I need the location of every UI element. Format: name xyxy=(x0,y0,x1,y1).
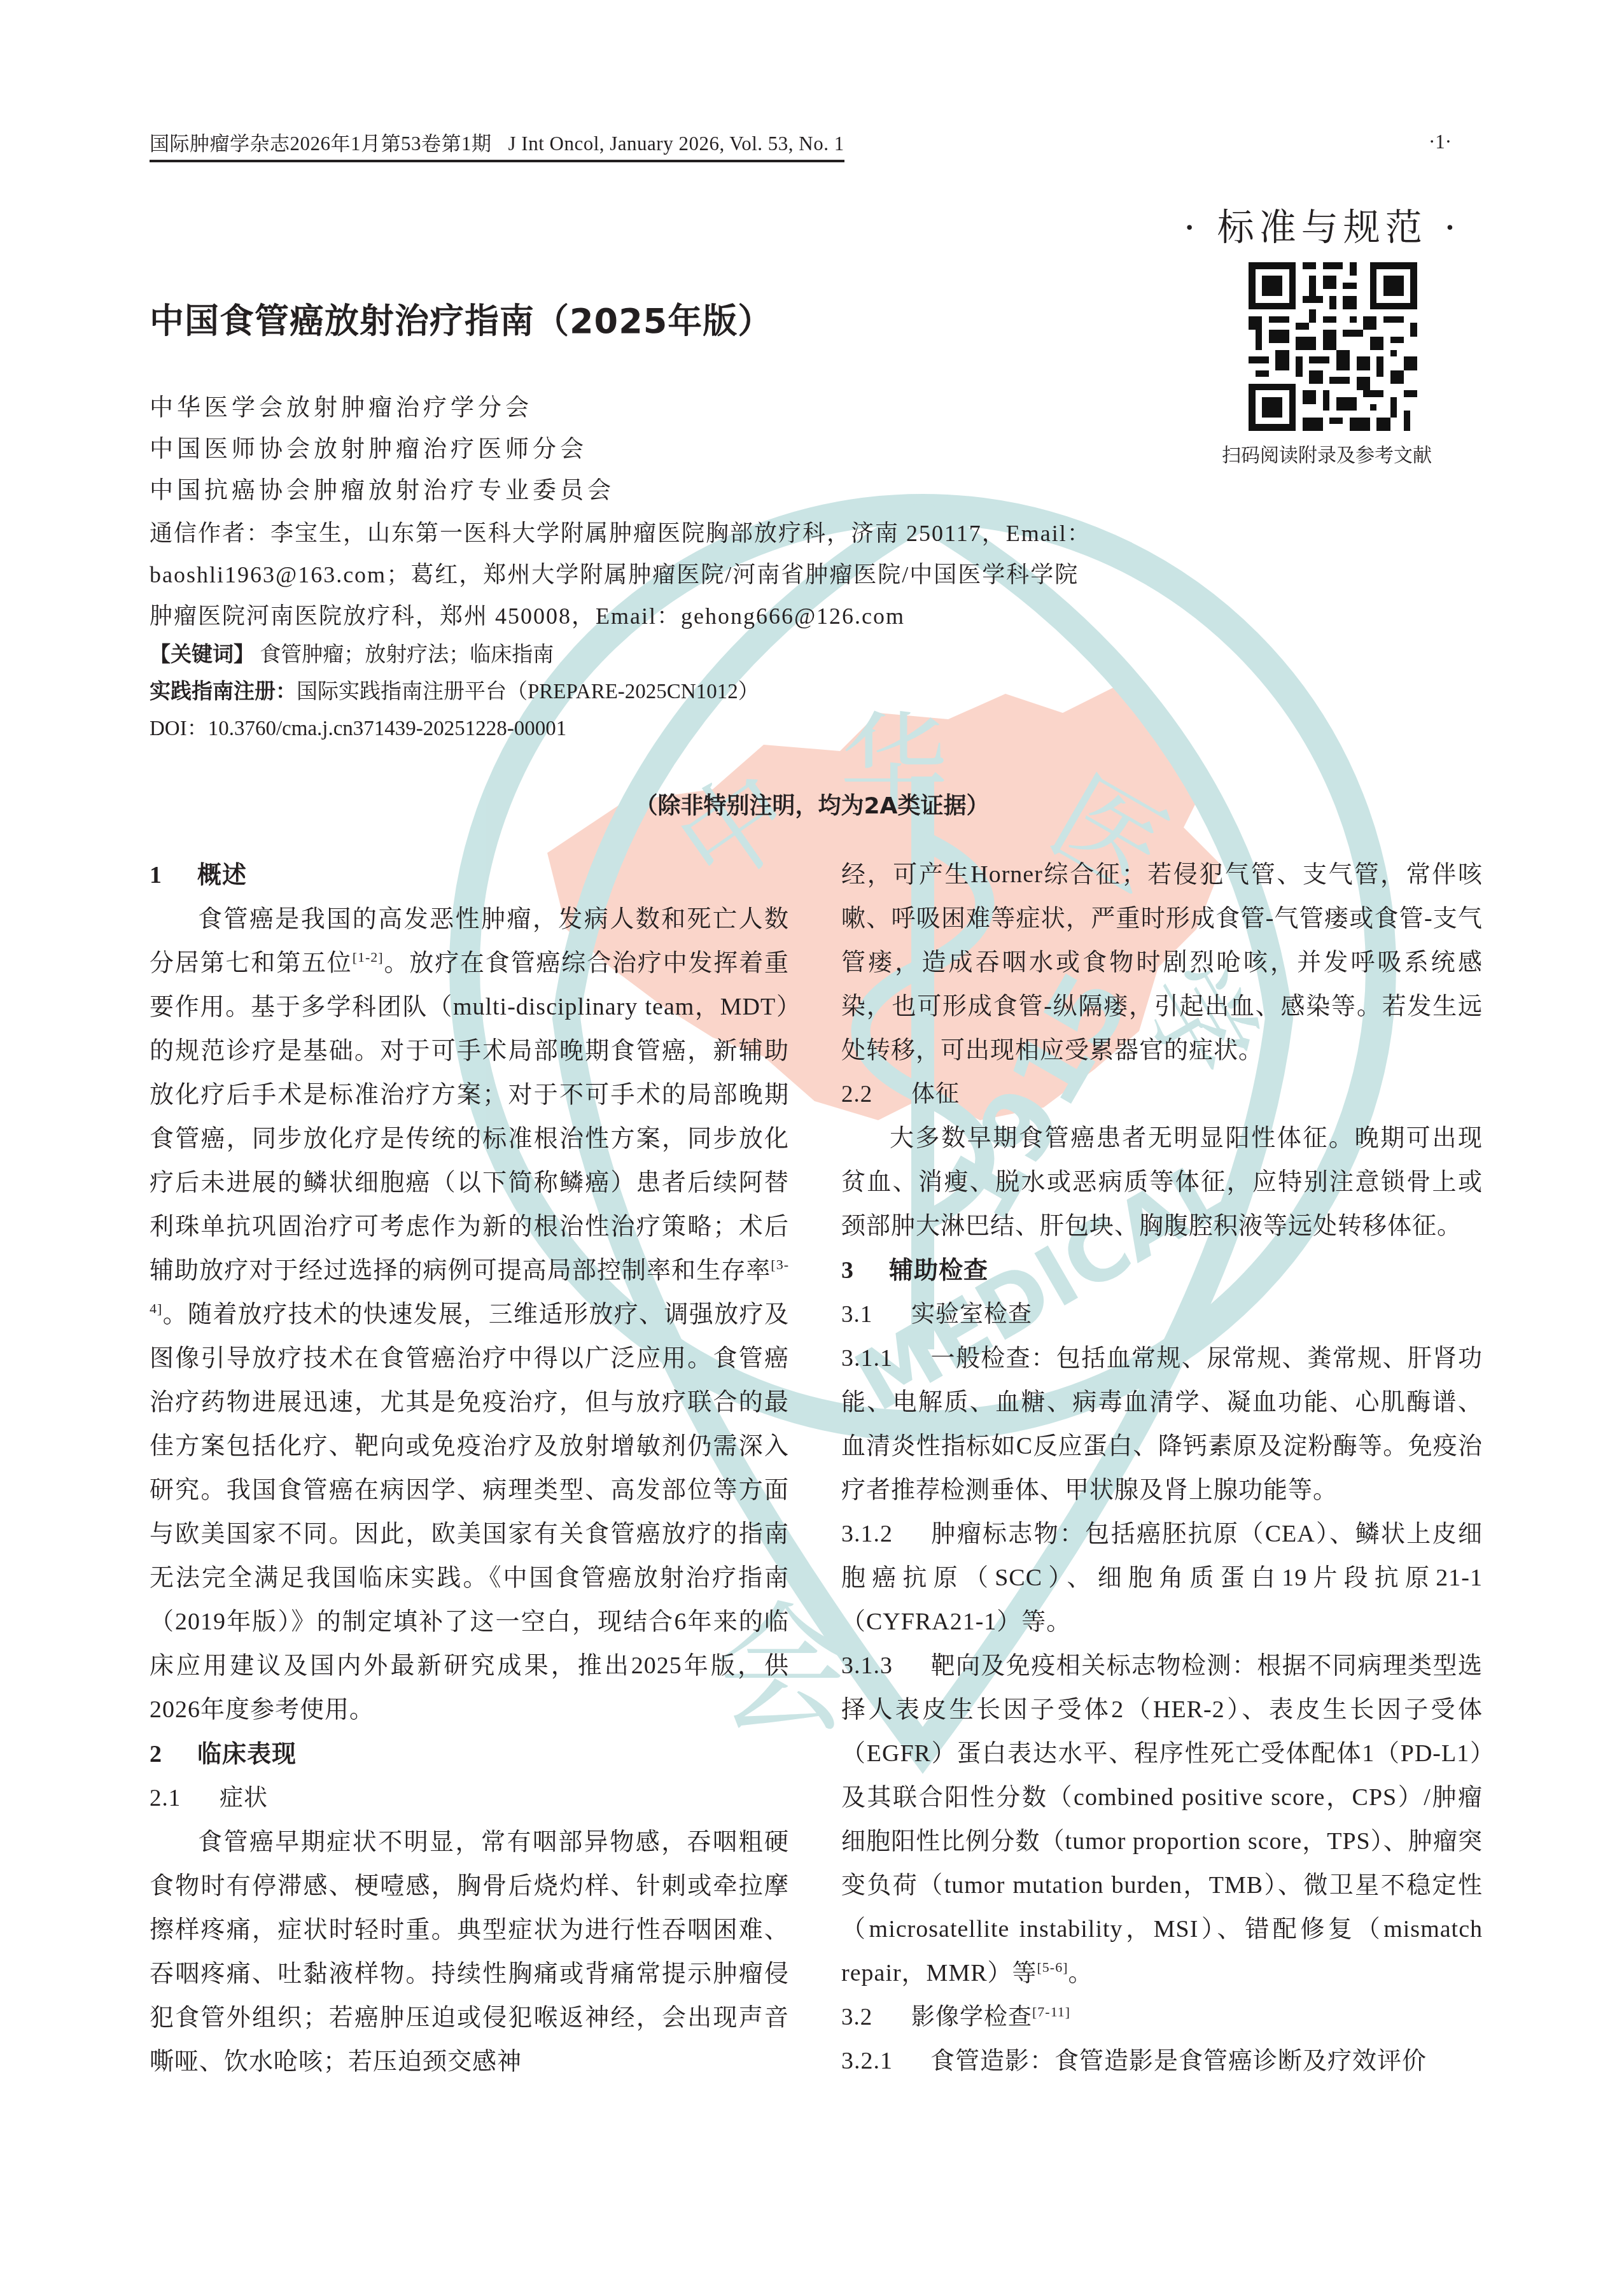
subsection-heading-3-2: 3.2影像学检查[7-11] xyxy=(841,1995,1483,2039)
citation[interactable]: [7-11] xyxy=(1032,2004,1070,2020)
registration-line: 实践指南注册：国际实践指南注册平台（PREPARE-2025CN1012） xyxy=(150,675,759,705)
citation[interactable]: [5-6] xyxy=(1037,1959,1068,1975)
keywords-line: 【关键词】 食管肿瘤；放射疗法；临床指南 xyxy=(150,638,554,668)
running-head: 国际肿瘤学杂志2026年1月第53卷第1期J Int Oncol, Januar… xyxy=(150,127,844,162)
qr-caption: 扫码阅读附录及参考文献 xyxy=(1222,439,1432,467)
paragraph-overview: 食管癌是我国的高发恶性肿瘤，发病人数和死亡人数分居第七和第五位[1-2]。放疗在… xyxy=(150,897,789,1732)
body-column-left: 1概述 食管癌是我国的高发恶性肿瘤，发病人数和死亡人数分居第七和第五位[1-2]… xyxy=(150,853,789,2084)
qr-code-icon[interactable] xyxy=(1249,262,1417,431)
paragraph-symptoms: 食管癌早期症状不明显，常有咽部异物感，吞咽粗硬食物时有停滞感、梗噎感，胸骨后烧灼… xyxy=(150,1820,789,2084)
keywords-value: 食管肿瘤；放射疗法；临床指南 xyxy=(260,643,554,666)
keywords-label: 【关键词】 xyxy=(150,642,255,666)
paragraph-targeted-markers: 3.1.3靶向及免疫相关标志物检测：根据不同病理类型选择人表皮生长因子受体2（H… xyxy=(841,1644,1483,1995)
doi[interactable]: DOI：10.3760/cma.j.cn371439-20251228-0000… xyxy=(150,712,566,742)
registration-label: 实践指南注册： xyxy=(150,678,297,703)
journal-issue-en: J Int Oncol, January 2026, Vol. 53, No. … xyxy=(508,132,844,155)
registration-value: 国际实践指南注册平台（PREPARE-2025CN1012） xyxy=(297,680,759,703)
section-heading-2: 2临床表现 xyxy=(150,1732,789,1776)
author-org-2: 中国医师协会放射肿瘤治疗医师分会 xyxy=(150,430,587,464)
paragraph-signs: 大多数早期食管癌患者无明显阳性体征。晚期可出现贫血、消瘦、脱水或恶病质等体征，应… xyxy=(841,1116,1483,1248)
author-org-1: 中华医学会放射肿瘤治疗学分会 xyxy=(150,388,533,423)
subsection-heading-3-1: 3.1实验室检查 xyxy=(841,1293,1483,1337)
citation[interactable]: [1-2] xyxy=(353,949,384,965)
section-heading-1: 1概述 xyxy=(150,853,789,897)
paragraph-general-exam: 3.1.1一般检查：包括血常规、尿常规、粪常规、肝肾功能、电解质、血糖、病毒血清… xyxy=(841,1337,1483,1512)
subsection-heading-2-2: 2.2体征 xyxy=(841,1072,1483,1116)
evidence-note: （除非特别注明，均为2A类证据） xyxy=(0,788,1624,820)
subsection-heading-2-1: 2.1症状 xyxy=(150,1776,789,1820)
section-heading-3: 3辅助检查 xyxy=(841,1248,1483,1293)
paragraph-tumor-markers: 3.1.2肿瘤标志物：包括癌胚抗原（CEA）、鳞状上皮细胞癌抗原（SCC）、细胞… xyxy=(841,1512,1483,1644)
paragraph-esophagography: 3.2.1食管造影：食管造影是食管癌诊断及疗效评价 xyxy=(841,2039,1483,2083)
column-tag: · 标准与规范 · xyxy=(1184,197,1461,251)
body-column-right: 经，可产生Horner综合征；若侵犯气管、支气管，常伴咳嗽、呼吸困难等症状，严重… xyxy=(841,853,1483,2083)
journal-issue-cn: 国际肿瘤学杂志2026年1月第53卷第1期 xyxy=(150,132,492,155)
correspondence-line-1: 通信作者：李宝生，山东第一医科大学附属肿瘤医院胸部放疗科，济南 250117，E… xyxy=(150,516,1091,548)
correspondence-line-2: baoshli1963@163.com；葛红，郑州大学附属肿瘤医院/河南省肿瘤医… xyxy=(150,557,1079,589)
page-title: 中国食管癌放射治疗指南（2025年版） xyxy=(150,294,773,343)
correspondence-line-3: 肿瘤医院河南医院放疗科，郑州 450008，Email：gehong666@12… xyxy=(150,598,905,631)
paragraph-symptoms-continued: 经，可产生Horner综合征；若侵犯气管、支气管，常伴咳嗽、呼吸困难等症状，严重… xyxy=(841,853,1483,1072)
page-number: ·1· xyxy=(1429,130,1452,153)
author-org-3: 中国抗癌协会肿瘤放射治疗专业委员会 xyxy=(150,471,615,505)
